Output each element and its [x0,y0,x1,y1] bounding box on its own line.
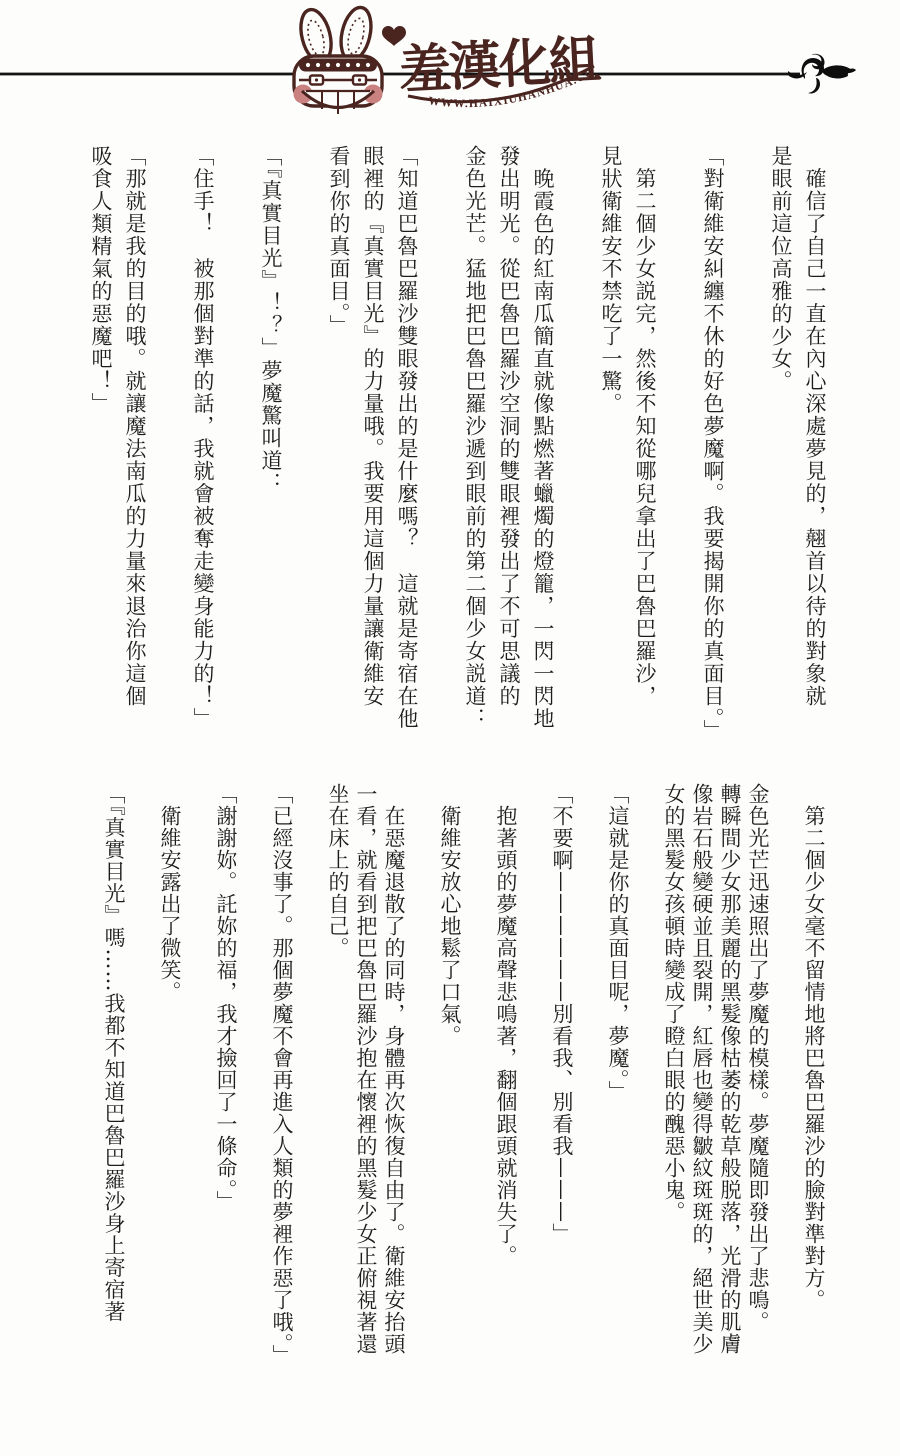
text-line: 金色光芒。猛地把巴魯巴羅沙遞到眼前的第二個少女説道： [458,145,492,745]
text-line: 吸食人類精氣的惡魔吧！」 [84,145,118,745]
text-line: 「對衛維安糾纏不休的好色夢魔啊。我要揭開你的真面目。」 [696,145,730,745]
paragraph: 「已經沒事了。那個夢魔不會再進入人類的夢裡作惡了哦。」 [268,783,296,1433]
text-line: 是眼前這位高雅的少女。 [764,145,798,745]
paragraph: 確信了自己一直在內心深處夢見的，翹首以待的對象就是眼前這位高雅的少女。 [764,145,832,745]
text-line: 衛維安放心地鬆了口氣。 [436,783,464,1433]
text-line: 「謝謝妳。託妳的福，我才撿回了一條命。」 [212,783,240,1433]
novel-page: 羞漢化組 WWW.HAIXIUHANHUA.COM 確信了自己一直在內心深處夢見… [0,0,900,1456]
text-line: 金色光芒迅速照出了夢魔的模樣。夢魔隨即發出了悲鳴。 [744,783,772,1433]
text-line: 「不要啊——————別看我、別看我———」 [548,783,576,1433]
header: 羞漢化組 WWW.HAIXIUHANHUA.COM [0,0,900,125]
paragraph: 衛維安露出了微笑。 [156,783,184,1433]
text-line: 像岩石般變硬並且裂開，紅唇也變得皺紋斑斑的，絕世美少 [688,783,716,1433]
paragraph: 「謝謝妳。託妳的福，我才撿回了一條命。」 [212,783,240,1433]
text-line: 「這就是你的真面目呢，夢魔。」 [604,783,632,1433]
text-line: 「那就是我的目的哦。就讓魔法南瓜的力量來退治你這個 [118,145,152,745]
text-block-top: 確信了自己一直在內心深處夢見的，翹首以待的對象就是眼前這位高雅的少女。「對衛維安… [84,145,832,745]
text-line: 「知道巴魯巴羅沙雙眼發出的是什麼嗎？ 這就是寄宿在他 [390,145,424,745]
text-line: 晚霞色的紅南瓜簡直就像點燃著蠟燭的燈籠，一閃一閃地 [526,145,560,745]
paragraph: 「『真實目光』！？」夢魔驚叫道： [254,145,288,745]
text-line: 轉瞬間少女那美麗的黑髮像枯萎的乾草般脱落，光滑的肌膚 [716,783,744,1433]
text-line: 發出明光。從巴魯巴羅沙空洞的雙眼裡發出了不可思議的 [492,145,526,745]
text-line: 衛維安露出了微笑。 [156,783,184,1433]
paragraph: 「對衛維安糾纏不休的好色夢魔啊。我要揭開你的真面目。」 [696,145,730,745]
text-line: 眼裡的『真實目光』的力量哦。我要用這個力量讓衛維安 [356,145,390,745]
paragraph: 第二個少女説完，然後不知從哪兒拿出了巴魯巴羅沙，見狀衛維安不禁吃了一驚。 [594,145,662,745]
text-line: 在惡魔退散了的同時，身體再次恢復自由了。衛維安抬頭 [380,783,408,1433]
text-line: 確信了自己一直在內心深處夢見的，翹首以待的對象就 [798,145,832,745]
text-line: 「已經沒事了。那個夢魔不會再進入人類的夢裡作惡了哦。」 [268,783,296,1433]
text-line: 「住手！ 被那個對準的話，我就會被奪走變身能力的！」 [186,145,220,745]
paragraph: 「『真實目光』嗎……我都不知道巴魯巴羅沙身上寄宿著 [100,783,128,1433]
text-line: 抱著頭的夢魔高聲悲鳴著，翻個跟頭就消失了。 [492,783,520,1433]
paragraph: 晚霞色的紅南瓜簡直就像點燃著蠟燭的燈籠，一閃一閃地發出明光。從巴魯巴羅沙空洞的雙… [458,145,560,745]
text-line: 「『真實目光』嗎……我都不知道巴魯巴羅沙身上寄宿著 [100,783,128,1433]
logo-text: 羞漢化組 [397,29,602,100]
text-line: 「『真實目光』！？」夢魔驚叫道： [254,145,288,745]
paragraph: 第二個少女毫不留情地將巴魯巴羅沙的臉對準對方。 [800,783,828,1433]
text-line: 看到你的真面目。」 [322,145,356,745]
paragraph: 「知道巴魯巴羅沙雙眼發出的是什麼嗎？ 這就是寄宿在他眼裡的『真實目光』的力量哦。… [322,145,424,745]
text-line: 坐在床上的自己。 [324,783,352,1433]
rabbit-mascot-icon [294,5,383,114]
paragraph: 衛維安放心地鬆了口氣。 [436,783,464,1433]
text-line: 第二個少女説完，然後不知從哪兒拿出了巴魯巴羅沙， [628,145,662,745]
text-line: 第二個少女毫不留情地將巴魯巴羅沙的臉對準對方。 [800,783,828,1433]
paragraph: 「那就是我的目的哦。就讓魔法南瓜的力量來退治你這個吸食人類精氣的惡魔吧！」 [84,145,152,745]
text-line: 一看，就看到把巴魯巴羅沙抱在懷裡的黑髮少女正俯視著還 [352,783,380,1433]
paragraph: 抱著頭的夢魔高聲悲鳴著，翻個跟頭就消失了。 [492,783,520,1433]
paragraph: 「住手！ 被那個對準的話，我就會被奪走變身能力的！」 [186,145,220,745]
text-block-bottom: 第二個少女毫不留情地將巴魯巴羅沙的臉對準對方。金色光芒迅速照出了夢魔的模樣。夢魔… [100,783,828,1433]
text-line: 女的黑髮女孩頓時變成了瞪白眼的醜惡小鬼。 [660,783,688,1433]
text-line: 見狀衛維安不禁吃了一驚。 [594,145,628,745]
paragraph: 「不要啊——————別看我、別看我———」 [548,783,576,1433]
paragraph: 在惡魔退散了的同時，身體再次恢復自由了。衛維安抬頭一看，就看到把巴魯巴羅沙抱在懷… [324,783,408,1433]
paragraph: 「這就是你的真面目呢，夢魔。」 [604,783,632,1433]
paragraph: 金色光芒迅速照出了夢魔的模樣。夢魔隨即發出了悲鳴。轉瞬間少女那美麗的黑髮像枯萎的… [660,783,772,1433]
